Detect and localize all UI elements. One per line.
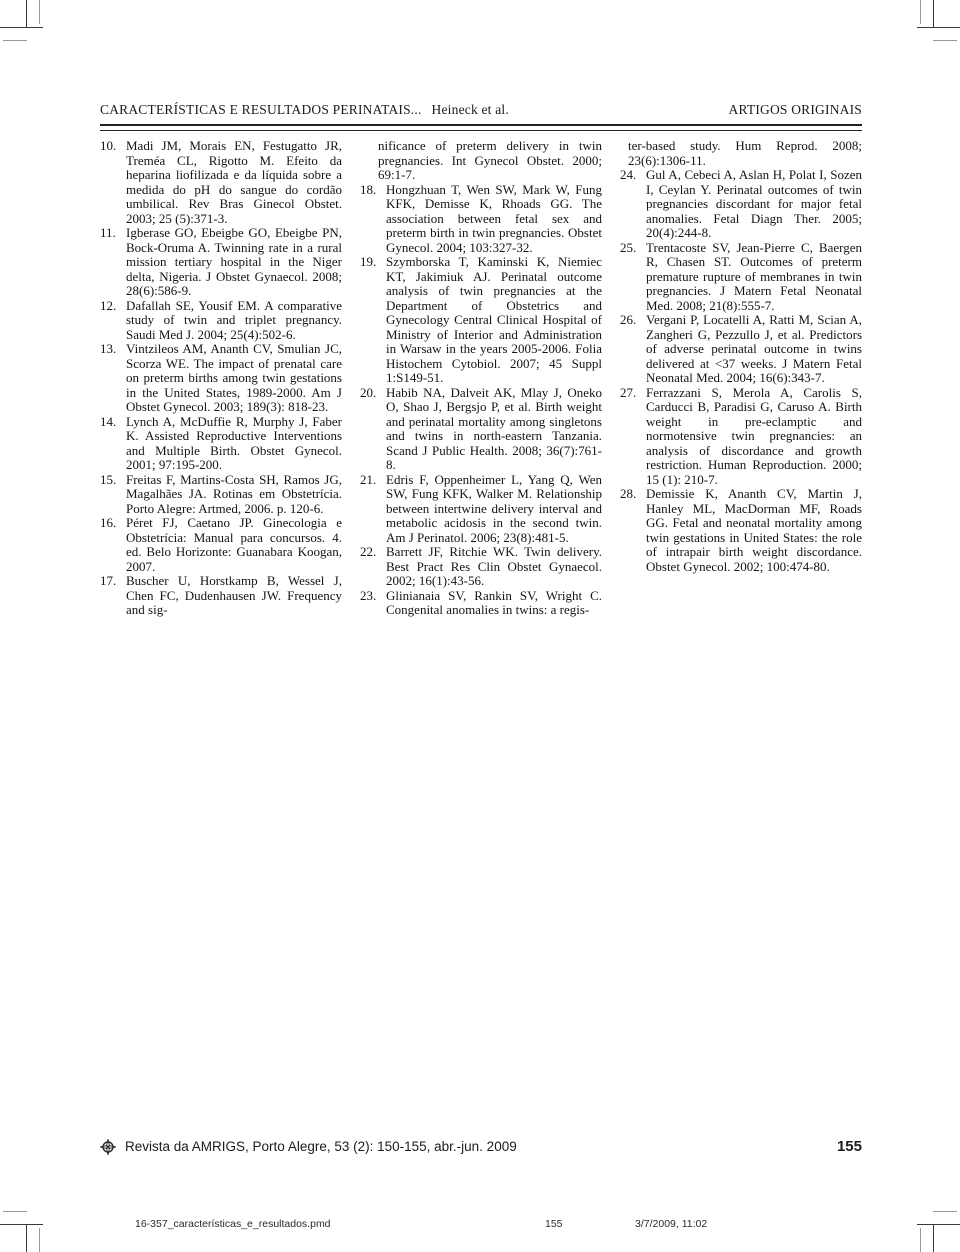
reference-item-23: 23.Glinianaia SV, Rankin SV, Wright C. C…: [360, 589, 602, 618]
crop-mark-bottom-left-vertical: [26, 1224, 27, 1252]
reference-item-13: 13.Vintzileos AM, Ananth CV, Smulian JC,…: [100, 342, 342, 415]
reference-text: Vintzileos AM, Ananth CV, Smulian JC, Sc…: [126, 341, 342, 414]
crop-mark-bottom-right-vertical: [933, 1224, 934, 1252]
reference-number: 15.: [100, 473, 126, 488]
reference-text: Trentacoste SV, Jean-Pierre C, Baergen R…: [646, 240, 862, 313]
reference-item-23-continued: ter-based study. Hum Reprod. 2008; 23(6)…: [620, 139, 862, 168]
crop-tick-bottom-left-horizontal: [3, 1211, 27, 1212]
reference-item-15: 15.Freitas F, Martins-Costa SH, Ramos JG…: [100, 473, 342, 517]
crop-tick-bottom-right-horizontal: [933, 1211, 957, 1212]
reference-item-17-continued: nificance of preterm delivery in twin pr…: [360, 139, 602, 183]
crop-mark-bottom-right-horizontal: [917, 1224, 960, 1225]
reference-number: 24.: [620, 168, 646, 183]
reference-number: 11.: [100, 226, 126, 241]
reference-text: Habib NA, Dalveit AK, Mlay J, Oneko O, S…: [386, 385, 602, 473]
reference-text: Freitas F, Martins-Costa SH, Ramos JG, M…: [126, 472, 342, 516]
reference-text: Dafallah SE, Yousif EM. A comparative st…: [126, 298, 342, 342]
reference-number: 27.: [620, 386, 646, 401]
reference-item-22: 22.Barrett JF, Ritchie WK. Twin delivery…: [360, 545, 602, 589]
reference-text: Glinianaia SV, Rankin SV, Wright C. Cong…: [386, 588, 602, 618]
crop-mark-top-left-vertical: [26, 0, 27, 28]
reference-item-27: 27.Ferrazzani S, Merola A, Carolis S, Ca…: [620, 386, 862, 488]
crop-mark-top-left-horizontal: [0, 27, 43, 28]
journal-citation-line: Revista da AMRIGS, Porto Alegre, 53 (2):…: [125, 1139, 517, 1154]
reference-item-18: 18.Hongzhuan T, Wen SW, Mark W, Fung KFK…: [360, 183, 602, 256]
reference-number: 10.: [100, 139, 126, 154]
crop-mark-top-right-vertical: [933, 0, 934, 28]
journal-footer-left: Revista da AMRIGS, Porto Alegre, 53 (2):…: [100, 1139, 517, 1155]
reference-number: 19.: [360, 255, 386, 270]
crop-mark-bottom-left-horizontal: [0, 1224, 43, 1225]
reference-text: Buscher U, Horstkamp B, Wessel J, Chen F…: [126, 573, 342, 617]
reference-item-19: 19.Szymborska T, Kaminski K, Niemiec KT,…: [360, 255, 602, 386]
reference-number: 14.: [100, 415, 126, 430]
reference-number: 26.: [620, 313, 646, 328]
reference-number: 17.: [100, 574, 126, 589]
crop-tick-top-right-horizontal: [933, 40, 957, 41]
reference-number: 20.: [360, 386, 386, 401]
compass-rosette-icon: [100, 1139, 116, 1155]
header-double-rule: [100, 124, 862, 131]
reference-item-20: 20.Habib NA, Dalveit AK, Mlay J, Oneko O…: [360, 386, 602, 473]
prepress-datetime: 3/7/2009, 11:02: [635, 1218, 707, 1230]
reference-text: ter-based study. Hum Reprod. 2008; 23(6)…: [628, 138, 862, 168]
reference-item-17: 17.Buscher U, Horstkamp B, Wessel J, Che…: [100, 574, 342, 618]
reference-item-28: 28.Demissie K, Ananth CV, Martin J, Hanl…: [620, 487, 862, 574]
reference-text: Madi JM, Morais EN, Festugatto JR, Tremé…: [126, 138, 342, 226]
crop-tick-bottom-right-vertical: [920, 1228, 921, 1252]
reference-text: Igberase GO, Ebeigbe GO, Ebeigbe PN, Boc…: [126, 225, 342, 298]
reference-number: 22.: [360, 545, 386, 560]
reference-number: 23.: [360, 589, 386, 604]
reference-item-16: 16.Péret FJ, Caetano JP. Ginecologia e O…: [100, 516, 342, 574]
crop-tick-top-right-vertical: [920, 0, 921, 24]
reference-number: 16.: [100, 516, 126, 531]
reference-text: nificance of preterm delivery in twin pr…: [378, 138, 602, 182]
reference-item-12: 12.Dafallah SE, Yousif EM. A comparative…: [100, 299, 342, 343]
reference-item-14: 14.Lynch A, McDuffie R, Murphy J, Faber …: [100, 415, 342, 473]
reference-text: Szymborska T, Kaminski K, Niemiec KT, Ja…: [386, 254, 602, 385]
reference-item-10: 10.Madi JM, Morais EN, Festugatto JR, Tr…: [100, 139, 342, 226]
crop-tick-bottom-left-vertical: [39, 1228, 40, 1252]
crop-tick-top-left-horizontal: [3, 40, 27, 41]
reference-column-1: 10.Madi JM, Morais EN, Festugatto JR, Tr…: [100, 139, 342, 618]
crop-mark-top-right-horizontal: [917, 27, 960, 28]
reference-text: Ferrazzani S, Merola A, Carolis S, Cardu…: [646, 385, 862, 487]
running-title: CARACTERÍSTICAS E RESULTADOS PERINATAIS.…: [100, 102, 422, 118]
reference-text: Lynch A, McDuffie R, Murphy J, Faber K. …: [126, 414, 342, 473]
reference-column-3: ter-based study. Hum Reprod. 2008; 23(6)…: [620, 139, 862, 618]
reference-number: 18.: [360, 183, 386, 198]
reference-text: Demissie K, Ananth CV, Martin J, Hanley …: [646, 486, 862, 574]
running-header-left: CARACTERÍSTICAS E RESULTADOS PERINATAIS.…: [100, 102, 509, 118]
reference-item-21: 21.Edris F, Oppenheimer L, Yang Q, Wen S…: [360, 473, 602, 546]
reference-item-11: 11.Igberase GO, Ebeigbe GO, Ebeigbe PN, …: [100, 226, 342, 299]
journal-footer: Revista da AMRIGS, Porto Alegre, 53 (2):…: [100, 1138, 862, 1155]
reference-item-24: 24.Gul A, Cebeci A, Aslan H, Polat I, So…: [620, 168, 862, 241]
reference-text: Gul A, Cebeci A, Aslan H, Polat I, Sozen…: [646, 167, 862, 240]
reference-number: 28.: [620, 487, 646, 502]
reference-number: 25.: [620, 241, 646, 256]
running-authors: Heineck et al.: [432, 102, 509, 118]
reference-column-2: nificance of preterm delivery in twin pr…: [360, 139, 602, 618]
prepress-filename: 16-357_características_e_resultados.pmd: [135, 1218, 331, 1230]
section-label: ARTIGOS ORIGINAIS: [729, 102, 862, 118]
reference-text: Vergani P, Locatelli A, Ratti M, Scian A…: [646, 312, 862, 385]
reference-number: 12.: [100, 299, 126, 314]
journal-proof-page: CARACTERÍSTICAS E RESULTADOS PERINATAIS.…: [0, 0, 960, 1252]
reference-number: 21.: [360, 473, 386, 488]
reference-text: Péret FJ, Caetano JP. Ginecologia e Obst…: [126, 515, 342, 574]
running-header: CARACTERÍSTICAS E RESULTADOS PERINATAIS.…: [100, 102, 862, 118]
reference-text: Edris F, Oppenheimer L, Yang Q, Wen SW, …: [386, 472, 602, 545]
reference-list: 10.Madi JM, Morais EN, Festugatto JR, Tr…: [100, 139, 862, 618]
reference-item-25: 25.Trentacoste SV, Jean-Pierre C, Baerge…: [620, 241, 862, 314]
reference-text: Barrett JF, Ritchie WK. Twin delivery. B…: [386, 544, 602, 588]
reference-item-26: 26.Vergani P, Locatelli A, Ratti M, Scia…: [620, 313, 862, 386]
reference-text: Hongzhuan T, Wen SW, Mark W, Fung KFK, D…: [386, 182, 602, 255]
page-number: 155: [837, 1138, 862, 1155]
crop-tick-top-left-vertical: [39, 0, 40, 24]
prepress-page-number: 155: [545, 1218, 563, 1230]
reference-number: 13.: [100, 342, 126, 357]
